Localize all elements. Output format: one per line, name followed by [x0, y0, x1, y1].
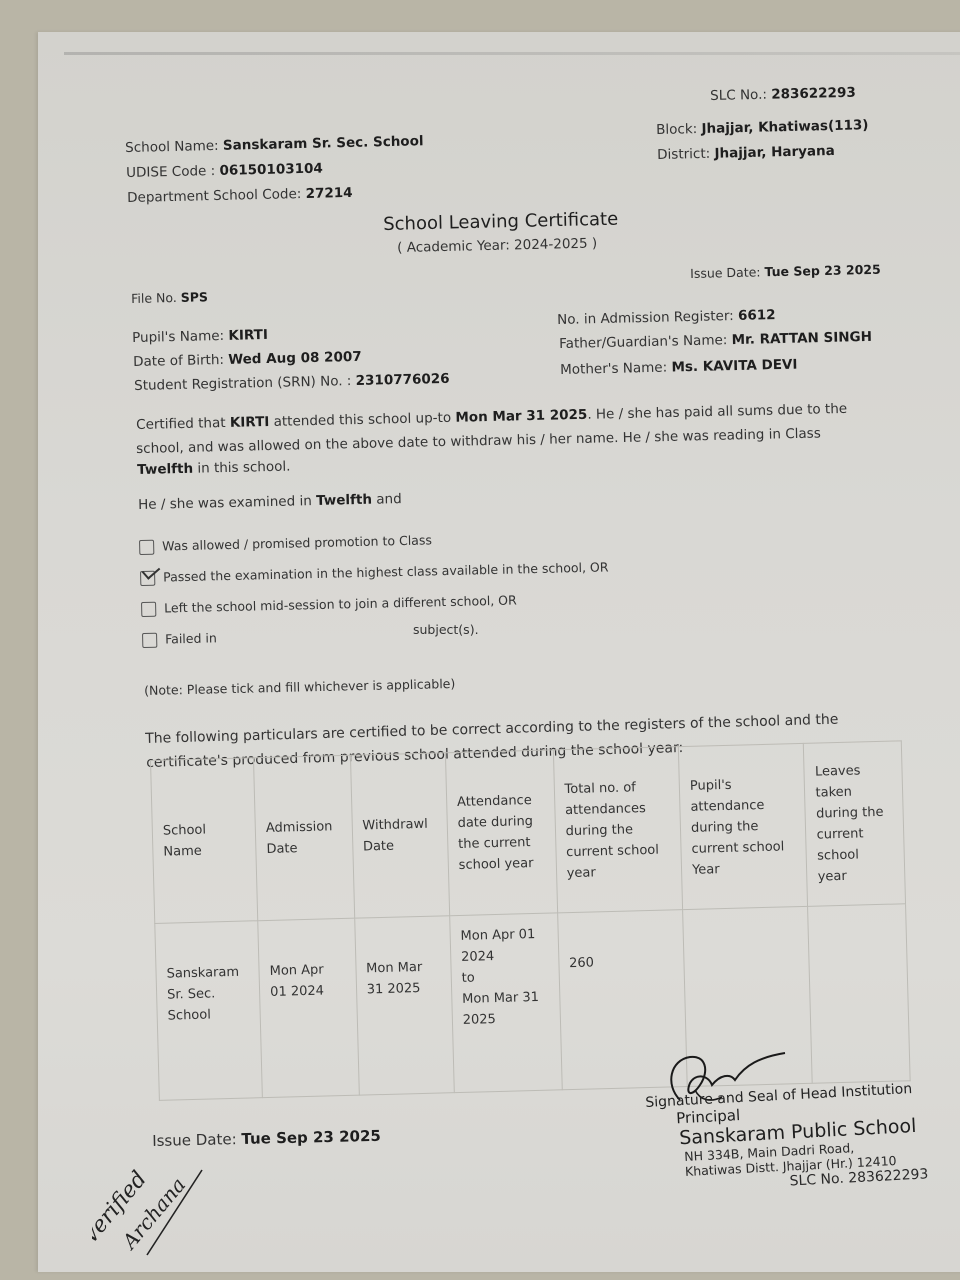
- mother-name: Mother's Name: Ms. KAVITA DEVI: [560, 357, 798, 378]
- srn-value: 2310776026: [356, 371, 450, 389]
- statement-leaving-date: Mon Mar 31 2025: [455, 407, 587, 426]
- table-cell: Mon Mar31 2025: [354, 916, 454, 1095]
- cell-text: 260: [569, 950, 674, 974]
- file-number: File No. SPS: [131, 289, 208, 306]
- principal-stamp: Signature and Seal of Head Institution P…: [645, 1080, 929, 1196]
- cell-text: Mon Apr: [269, 959, 345, 982]
- srn-label: Student Registration (SRN) No. :: [134, 373, 352, 394]
- header-text: during the: [565, 818, 670, 842]
- department-code: Department School Code: 27214: [127, 185, 353, 206]
- cell-text: Mon Mar 31: [462, 987, 549, 1010]
- father-name-value: Mr. RATTAN SINGH: [731, 329, 872, 348]
- cell-text: 01 2024: [270, 980, 346, 1003]
- cell-text: 2024: [461, 945, 548, 968]
- file-number-value: SPS: [181, 289, 209, 305]
- failed-checkbox[interactable]: [142, 633, 157, 648]
- table-cell: [808, 904, 910, 1083]
- school-leaving-certificate: SLC No.: 283622293 Block: Jhajjar, Khati…: [0, 0, 960, 1280]
- table-header-cell: WithdrawlDate: [350, 753, 449, 918]
- header-text: Name: [163, 840, 246, 863]
- header-text: Pupil's: [690, 773, 795, 797]
- option-label: Left the school mid-session to join a di…: [164, 592, 517, 615]
- cell-text: Sr. Sec.: [167, 982, 250, 1005]
- statement-text: attended this school up-to: [269, 410, 455, 430]
- table-header-cell: Pupil'sattendanceduring thecurrent schoo…: [678, 743, 808, 909]
- statement-class: Twelfth: [137, 461, 193, 478]
- note: (Note: Please tick and fill whichever is…: [144, 676, 455, 698]
- issue-date-value: Tue Sep 23 2025: [764, 262, 881, 280]
- table-header-cell: SchoolName: [151, 758, 258, 924]
- block-value: Jhajjar, Khatiwas(113): [701, 117, 868, 137]
- header-text: during the: [816, 802, 893, 825]
- header-text: taken: [815, 781, 892, 804]
- mother-name-label: Mother's Name:: [560, 360, 667, 378]
- footer-issue-date-label: Issue Date:: [152, 1130, 237, 1150]
- header-text: Admission: [266, 816, 342, 839]
- date-of-birth: Date of Birth: Wed Aug 08 2007: [133, 349, 362, 370]
- option-label: Passed the examination in the highest cl…: [163, 559, 609, 584]
- cell-text: Mon Apr 01: [460, 924, 547, 947]
- examined-text: He / she was examined in: [138, 493, 316, 513]
- examined-class: Twelfth: [316, 492, 372, 509]
- department-code-label: Department School Code:: [127, 186, 302, 206]
- particulars-table-wrapper: SchoolNameAdmissionDateWithdrawlDateAtte…: [150, 740, 910, 1070]
- father-name: Father/Guardian's Name: Mr. RATTAN SINGH: [559, 329, 872, 352]
- cell-text: School: [167, 1003, 250, 1026]
- table-cell: Mon Apr 012024toMon Mar 312025: [450, 913, 562, 1093]
- header-text: Leaves: [815, 760, 892, 783]
- pupil-name-value: KIRTI: [228, 327, 268, 344]
- dob-value: Wed Aug 08 2007: [228, 349, 362, 368]
- statement-text: . He / she has paid all sums due to the: [587, 401, 847, 423]
- handwritten-verification: Verified Archana: [92, 1150, 232, 1260]
- header-text: Year: [692, 857, 797, 881]
- header-text: current school: [566, 839, 671, 863]
- header-text: attendances: [565, 797, 670, 821]
- header-text: during the: [691, 815, 796, 839]
- header-text: Withdrawl: [362, 814, 437, 837]
- header-text: school year: [458, 853, 545, 876]
- table-header-cell: Total no. ofattendancesduring thecurrent…: [553, 747, 683, 913]
- cell-text: 31 2025: [366, 977, 441, 1000]
- header-text: Attendance: [457, 790, 544, 813]
- header-text: current: [816, 823, 893, 846]
- statement-text: in this school.: [193, 459, 291, 477]
- table-cell: SanskaramSr. Sec.School: [155, 921, 263, 1101]
- table-cell: Mon Apr01 2024: [258, 918, 359, 1097]
- srn-number: Student Registration (SRN) No. : 2310776…: [134, 371, 450, 394]
- cell-text: to: [461, 966, 548, 989]
- issue-date-label: Issue Date:: [690, 264, 761, 281]
- mother-name-value: Ms. KAVITA DEVI: [671, 357, 797, 376]
- department-code-value: 27214: [305, 185, 352, 202]
- admission-no-value: 6612: [738, 307, 776, 324]
- pupil-name-label: Pupil's Name:: [132, 328, 224, 346]
- table-header-cell: AdmissionDate: [254, 755, 355, 920]
- left-checkbox[interactable]: [141, 602, 156, 617]
- district: District: Jhajjar, Haryana: [657, 143, 835, 163]
- statement-text: Certified that: [136, 415, 230, 433]
- examined-text: and: [372, 491, 402, 508]
- header-text: the current: [458, 832, 545, 855]
- cell-text: Mon Mar: [366, 956, 441, 979]
- slc-value: 283622293: [771, 85, 856, 103]
- footer-issue-date: Issue Date: Tue Sep 23 2025: [152, 1127, 381, 1150]
- option-label: Was allowed / promised promotion to Clas…: [162, 532, 432, 553]
- district-label: District:: [657, 146, 710, 163]
- table-header-cell: Leavestakenduring thecurrentschoolyear: [804, 741, 906, 906]
- header-text: attendance: [690, 794, 795, 818]
- header-text: date during: [457, 811, 544, 834]
- header-text: Total no. of: [564, 776, 669, 800]
- block: Block: Jhajjar, Khatiwas(113): [656, 117, 869, 138]
- footer-issue-date-value: Tue Sep 23 2025: [241, 1127, 381, 1148]
- header-text: Date: [266, 837, 342, 860]
- examined-line: He / she was examined in Twelfth and: [138, 491, 402, 513]
- passed-checkbox-checked[interactable]: [140, 571, 155, 586]
- pupil-name: Pupil's Name: KIRTI: [132, 327, 268, 346]
- udise-value: 06150103104: [219, 161, 323, 179]
- header-text: school: [817, 844, 894, 867]
- slc-number: SLC No.: 283622293: [710, 85, 856, 104]
- admission-no-label: No. in Admission Register:: [557, 308, 734, 328]
- option-failed[interactable]: Failed in: [142, 630, 217, 648]
- district-value: Jhajjar, Haryana: [714, 143, 835, 162]
- academic-year: ( Academic Year: 2024-2025 ): [397, 235, 597, 256]
- particulars-intro-line-1: The following particulars are certified …: [145, 712, 839, 747]
- udise-label: UDISE Code :: [126, 163, 215, 181]
- file-number-label: File No.: [131, 290, 177, 306]
- slc-label: SLC No.:: [710, 87, 767, 104]
- udise-code: UDISE Code : 06150103104: [126, 161, 323, 181]
- option-passed[interactable]: Passed the examination in the highest cl…: [140, 559, 609, 586]
- issue-date: Issue Date: Tue Sep 23 2025: [690, 262, 881, 281]
- promotion-checkbox[interactable]: [139, 540, 154, 555]
- header-text: current school: [691, 836, 796, 860]
- cell-text: 2025: [462, 1008, 549, 1031]
- school-name-value: Sanskaram Sr. Sec. School: [223, 133, 424, 154]
- school-name-label: School Name:: [125, 138, 219, 156]
- table-header-cell: Attendancedate duringthe currentschool y…: [445, 750, 557, 916]
- header-text: year: [817, 865, 894, 888]
- block-label: Block:: [656, 121, 697, 138]
- failed-subjects-suffix: subject(s).: [413, 622, 479, 637]
- header-text: School: [163, 819, 246, 842]
- option-left-mid-session[interactable]: Left the school mid-session to join a di…: [141, 592, 517, 617]
- header-text: year: [566, 860, 671, 884]
- statement-pupil-name: KIRTI: [230, 414, 270, 431]
- school-name: School Name: Sanskaram Sr. Sec. School: [125, 133, 424, 156]
- cell-text: Sanskaram: [166, 961, 249, 984]
- dob-label: Date of Birth:: [133, 352, 224, 370]
- certificate-title: School Leaving Certificate: [383, 209, 618, 235]
- statement-line-3: Twelfth in this school.: [137, 459, 291, 478]
- admission-register-number: No. in Admission Register: 6612: [557, 307, 776, 328]
- option-promotion[interactable]: Was allowed / promised promotion to Clas…: [139, 532, 432, 555]
- option-label: Failed in: [165, 630, 217, 646]
- table-header-row: SchoolNameAdmissionDateWithdrawlDateAtte…: [151, 741, 906, 924]
- father-name-label: Father/Guardian's Name:: [559, 332, 728, 352]
- header-text: Date: [363, 835, 438, 858]
